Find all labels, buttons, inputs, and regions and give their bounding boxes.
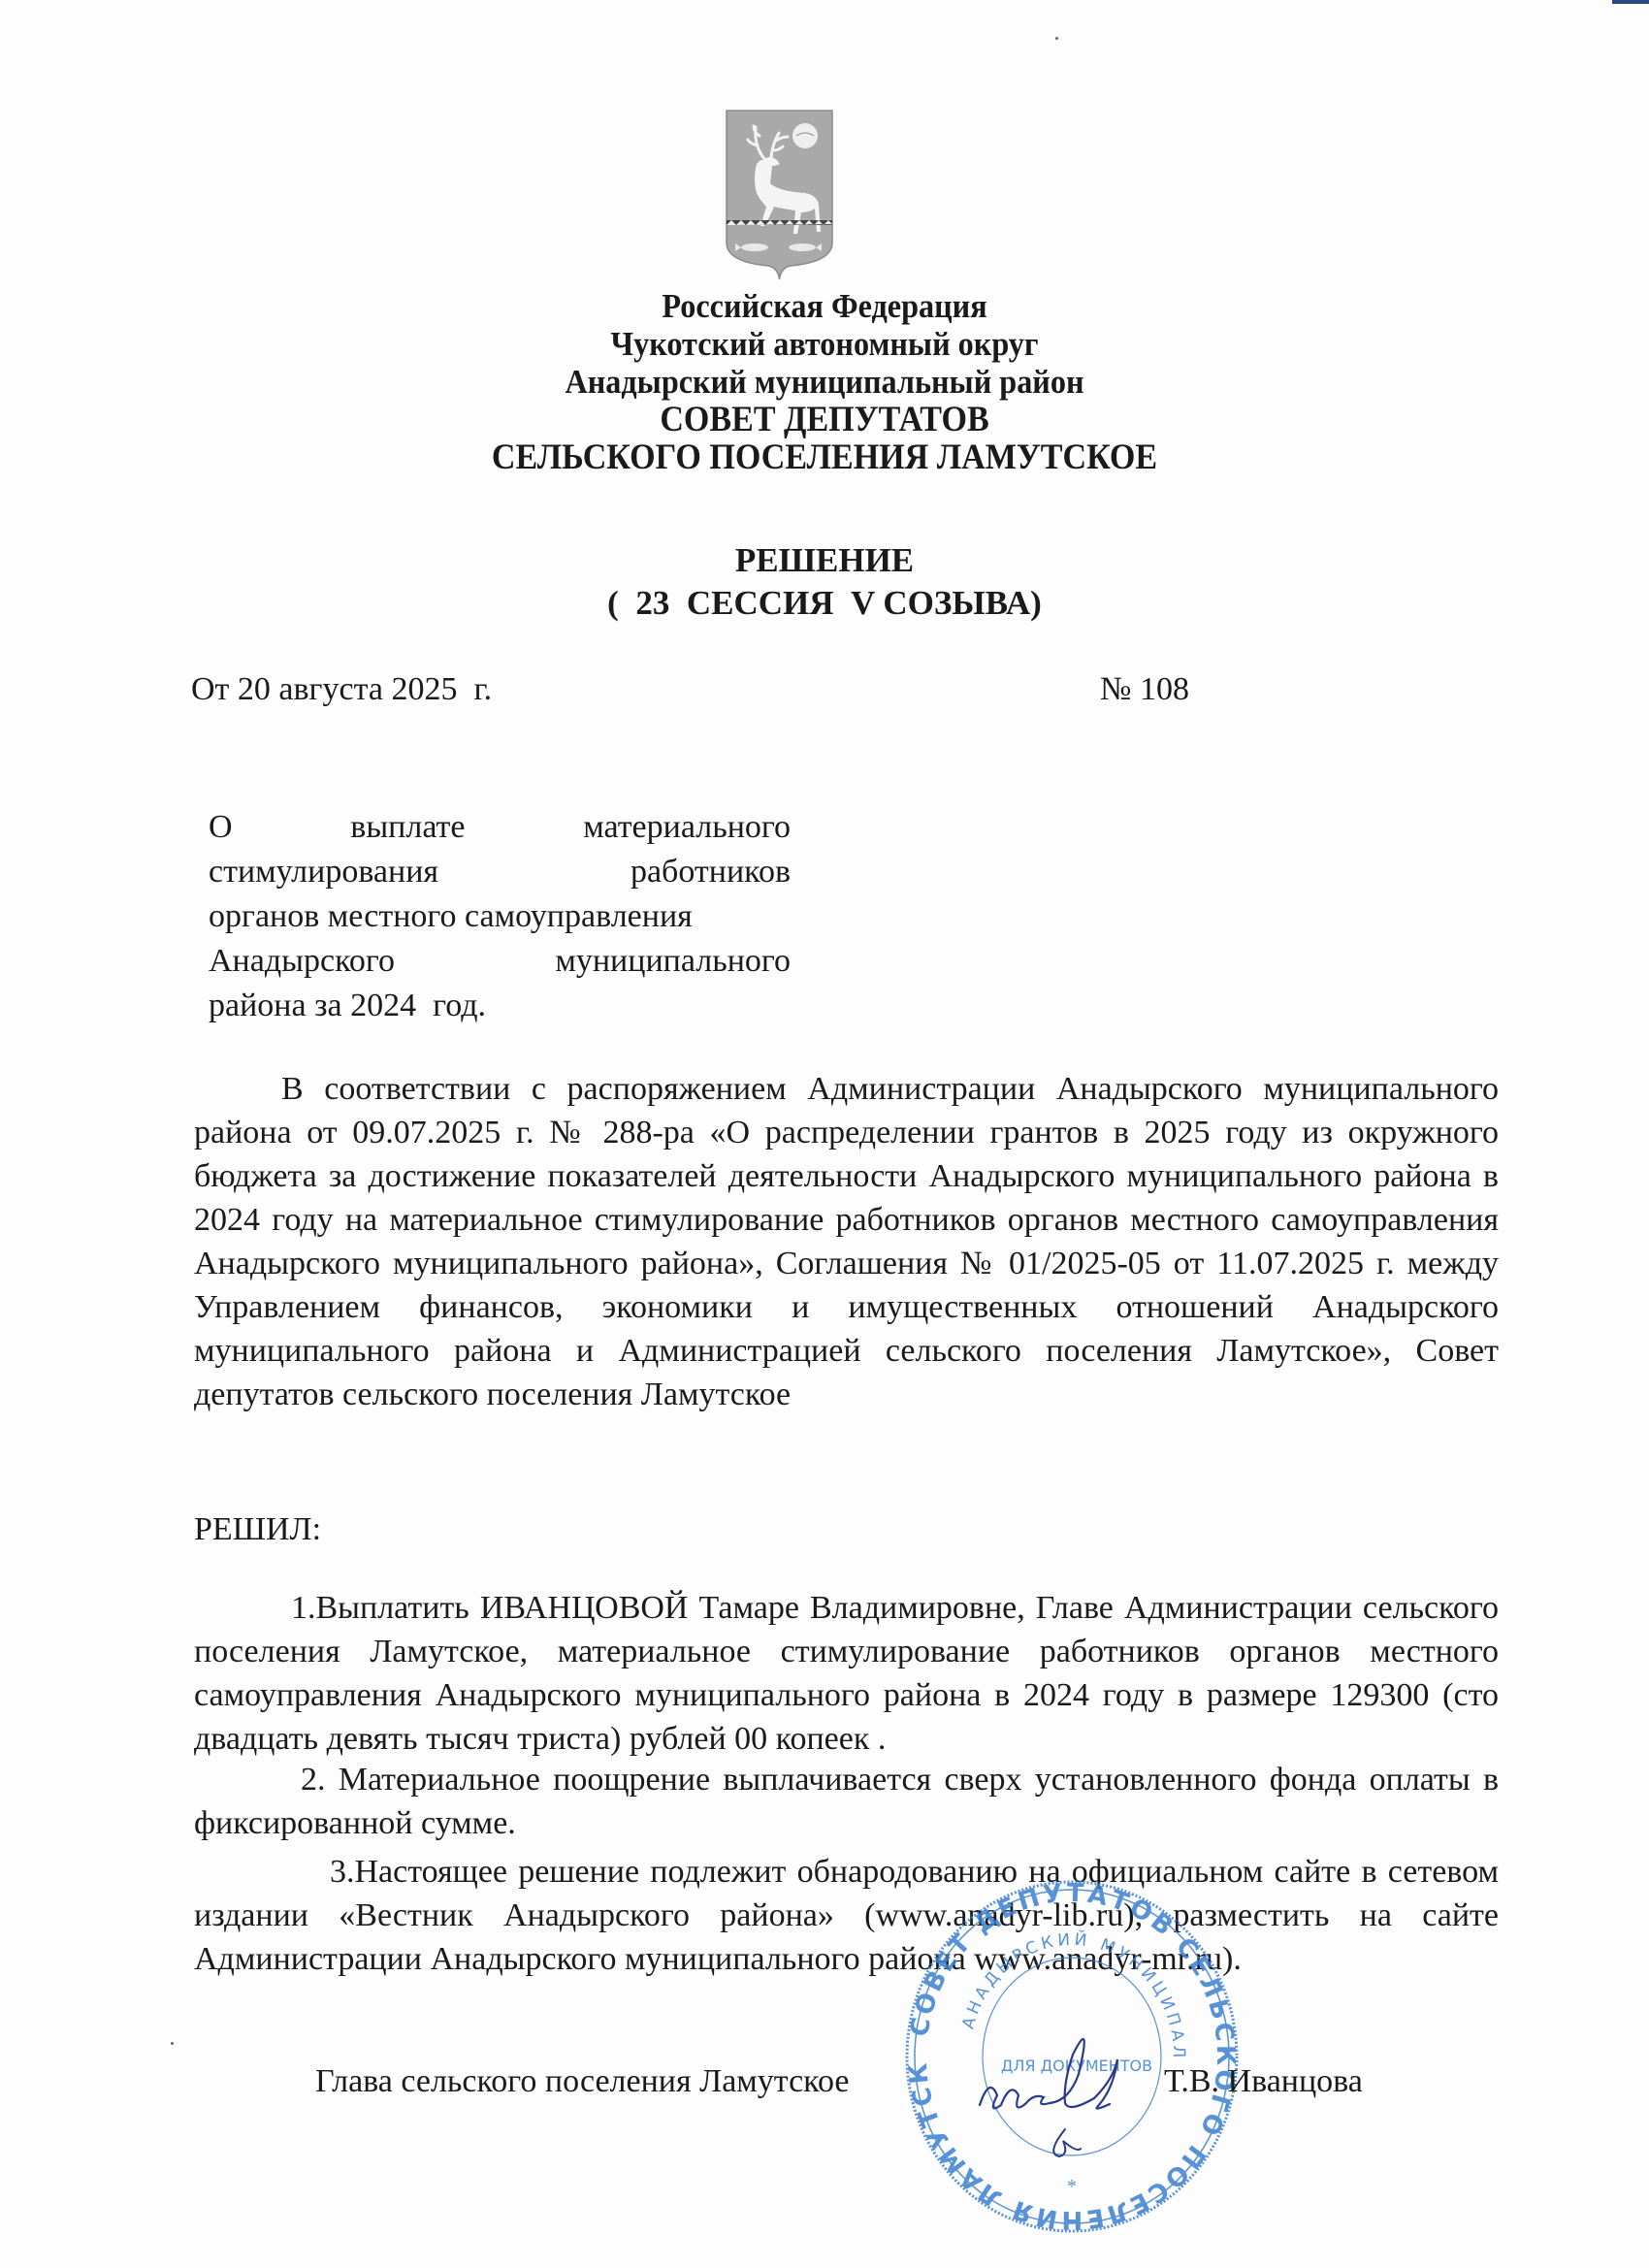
document-header: Российская Федерация Чукотский автономны…: [0, 287, 1649, 476]
signatory-title: Глава сельского поселения Ламутское: [315, 2063, 849, 2100]
resolution-item-2: 2. Материальное поощрение выплачивается …: [194, 1758, 1499, 1845]
signatory-name: Т.В. Иванцова: [1164, 2063, 1363, 2100]
scan-dust: [171, 2042, 174, 2045]
decision-date: От 20 августа 2025 г.: [191, 671, 492, 708]
decision-session: ( 23 СЕССИЯ V СОЗЫВА): [0, 582, 1649, 625]
resolved-label: РЕШИЛ:: [194, 1511, 321, 1548]
header-settlement: СЕЛЬСКОГО ПОСЕЛЕНИЯ ЛАМУТСКОЕ: [66, 438, 1583, 476]
subject-line: Анадырского муниципального: [209, 939, 791, 984]
resolution-item-1: 1.Выплатить ИВАНЦОВОЙ Тамаре Владимировн…: [194, 1586, 1499, 1761]
subject-line: стимулирования работников: [209, 850, 791, 894]
header-country: Российская Федерация: [66, 287, 1583, 325]
preamble-paragraph: В соответствии с распоряжением Администр…: [194, 1067, 1499, 1416]
handwritten-signature: [970, 2013, 1164, 2178]
decision-number: № 108: [1100, 671, 1189, 708]
header-region: Чукотский автономный округ: [66, 325, 1583, 363]
stamp-star-icon: *: [1067, 2176, 1077, 2197]
decision-heading: РЕШЕНИЕ ( 23 СЕССИЯ V СОЗЫВА): [0, 539, 1649, 625]
decision-subject: О выплате материального стимулирования р…: [209, 805, 791, 1028]
header-district: Анадырский муниципальный район: [66, 363, 1583, 401]
scan-edge-artifact: [1612, 0, 1649, 4]
header-council: СОВЕТ ДЕПУТАТОВ: [66, 401, 1583, 438]
resolution-item-3: 3.Настоящее решение подлежит обнародован…: [194, 1850, 1499, 1981]
scan-dust: [1055, 37, 1058, 40]
subject-line: района за 2024 год.: [209, 984, 791, 1028]
anadyr-coat-of-arms-icon: [723, 107, 836, 281]
subject-line: О выплате материального: [209, 805, 791, 850]
decision-title: РЕШЕНИЕ: [0, 539, 1649, 582]
subject-line: органов местного самоуправления: [209, 894, 791, 939]
